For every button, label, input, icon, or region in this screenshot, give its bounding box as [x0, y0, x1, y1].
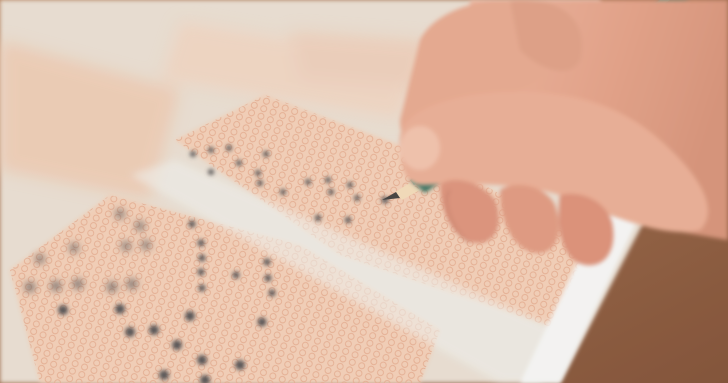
- answer-sheet-photo: [0, 0, 728, 383]
- photo-scene: [0, 0, 728, 383]
